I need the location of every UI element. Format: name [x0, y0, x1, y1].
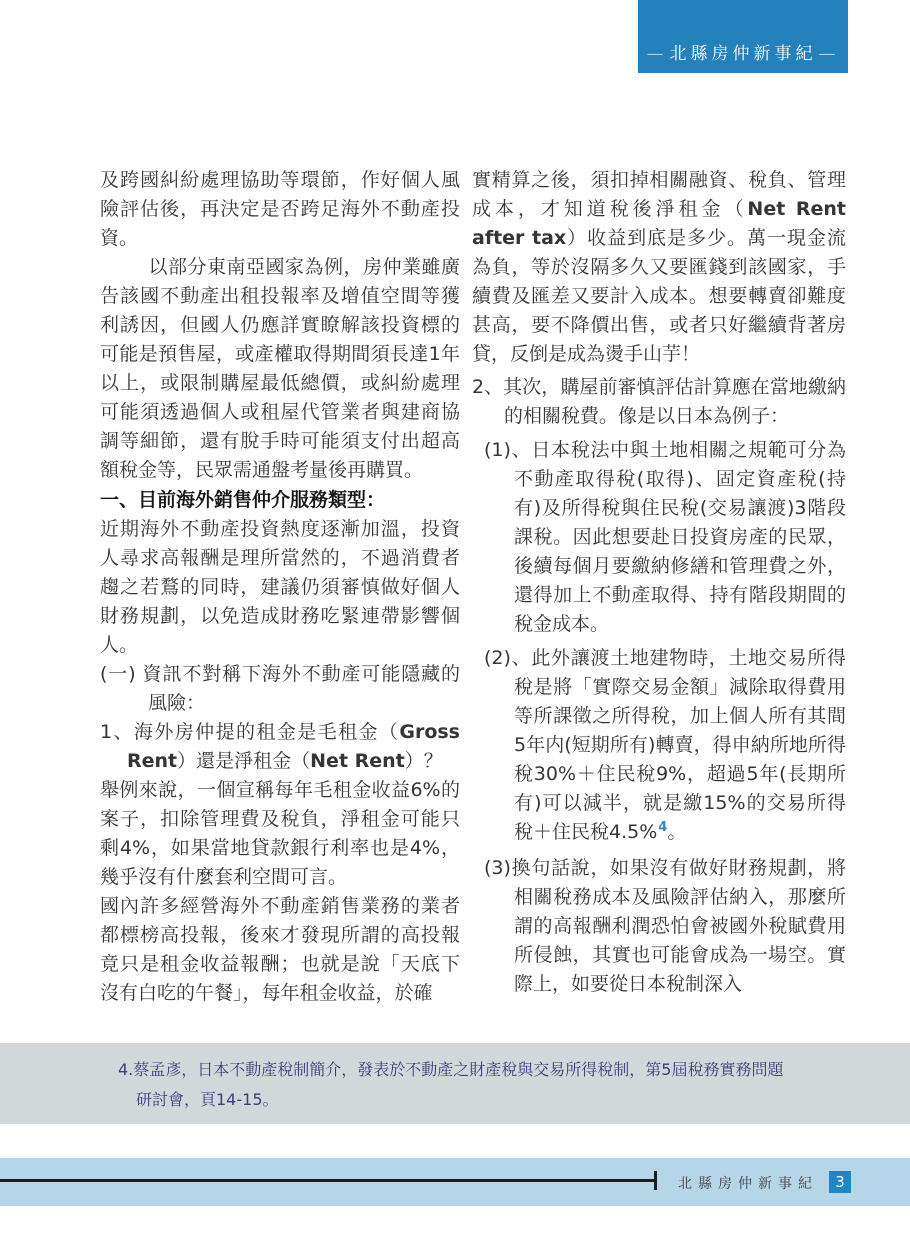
footer-title: 北縣房仲新事紀 — [678, 1173, 818, 1193]
footnote-band: 4.蔡孟彥，日本不動產稅制簡介，發表於不動產之財產稅與交易所得稅制，第5屆稅務實… — [0, 1043, 910, 1124]
document-page: — 北縣房仲新事紀 — 及跨國糾紛處理協助等環節，作好個人風險評估後，再決定是否… — [0, 0, 910, 1256]
footer-rule-end-tick — [654, 1171, 657, 1190]
footnote-reference-4[interactable]: 4 — [658, 820, 667, 835]
header-title: 北縣房仲新事紀 — [670, 39, 817, 64]
list-item-tax-fees: 2、其次，購屋前審慎評估計算應在當地繳納的相關稅費。像是以日本為例子： — [472, 373, 846, 431]
footnote-line-1: 4.蔡孟彥，日本不動產稅制簡介，發表於不動產之財產稅與交易所得稅制，第5屆稅務實… — [118, 1055, 870, 1085]
term-net-rent: Net Rent — [310, 750, 405, 772]
header-dash-right: — — [819, 44, 840, 64]
paragraph-domestic-agents: 國內許多經營海外不動產銷售業務的業者都標榜高投報，後來才發現所謂的高投報竟只是租… — [100, 892, 460, 1008]
page-number-badge: 3 — [829, 1171, 851, 1193]
footer-rule-line — [0, 1179, 655, 1182]
list-item-japan-2-text: (2)、此外讓渡土地建物時，土地交易所得稅是將「實際交易金額」減除取得費用等所課… — [484, 647, 846, 843]
list-item-risk: (一) 資訊不對稱下海外不動產可能隱藏的風險： — [100, 660, 460, 718]
list-item-rent-text-1: 1、海外房仲提的租金是毛租金（ — [100, 721, 399, 743]
paragraph-southeast-asia: 以部分東南亞國家為例，房仲業雖廣告該國不動產出租投報率及增值空間等獲利誘因，但國… — [100, 253, 460, 485]
list-item-japan-3: (3)換句話說，如果沒有做好財務規劃，將相關稅務成本及風險評估納入，那麼所謂的高… — [484, 854, 846, 999]
list-item-rent-text-3: ）？ — [405, 750, 443, 772]
paragraph-case-example: 舉例來說，一個宣稱每年毛租金收益6%的案子，扣除管理費及稅負，淨租金可能只剩4%… — [100, 776, 460, 892]
page-header-banner: — 北縣房仲新事紀 — — [638, 0, 848, 73]
paragraph-intro: 及跨國糾紛處理協助等環節，作好個人風險評估後，再決定是否跨足海外不動產投資。 — [100, 166, 460, 253]
footnote-line-2: 研討會，頁14-15。 — [136, 1085, 870, 1115]
list-item-japan-1: (1)、日本稅法中與土地相關之規範可分為不動產取得稅(取得)、固定資產稅(持有)… — [484, 436, 846, 639]
header-dash-left: — — [647, 44, 668, 64]
list-item-japan-2-period: 。 — [667, 821, 686, 843]
list-item-rent-text-2: ）還是淨租金（ — [177, 750, 310, 772]
paragraph-net-rent: 實精算之後，須扣掉相關融資、稅負、管理成本，才知道稅後淨租金（Net Rent … — [472, 166, 846, 369]
right-column: 實精算之後，須扣掉相關融資、稅負、管理成本，才知道稅後淨租金（Net Rent … — [472, 166, 846, 999]
paragraph-trend: 近期海外不動產投資熱度逐漸加溫，投資人尋求高報酬是理所當然的，不過消費者趨之若鶩… — [100, 515, 460, 660]
section-heading-service-types: 一、目前海外銷售仲介服務類型： — [100, 486, 460, 515]
list-item-japan-2: (2)、此外讓渡土地建物時，土地交易所得稅是將「實際交易金額」減除取得費用等所課… — [484, 644, 846, 849]
list-item-rent: 1、海外房仲提的租金是毛租金（Gross Rent）還是淨租金（Net Rent… — [100, 718, 460, 776]
left-column: 及跨國糾紛處理協助等環節，作好個人風險評估後，再決定是否跨足海外不動產投資。 以… — [100, 166, 460, 1008]
footer-band: 北縣房仲新事紀 3 — [0, 1158, 910, 1206]
